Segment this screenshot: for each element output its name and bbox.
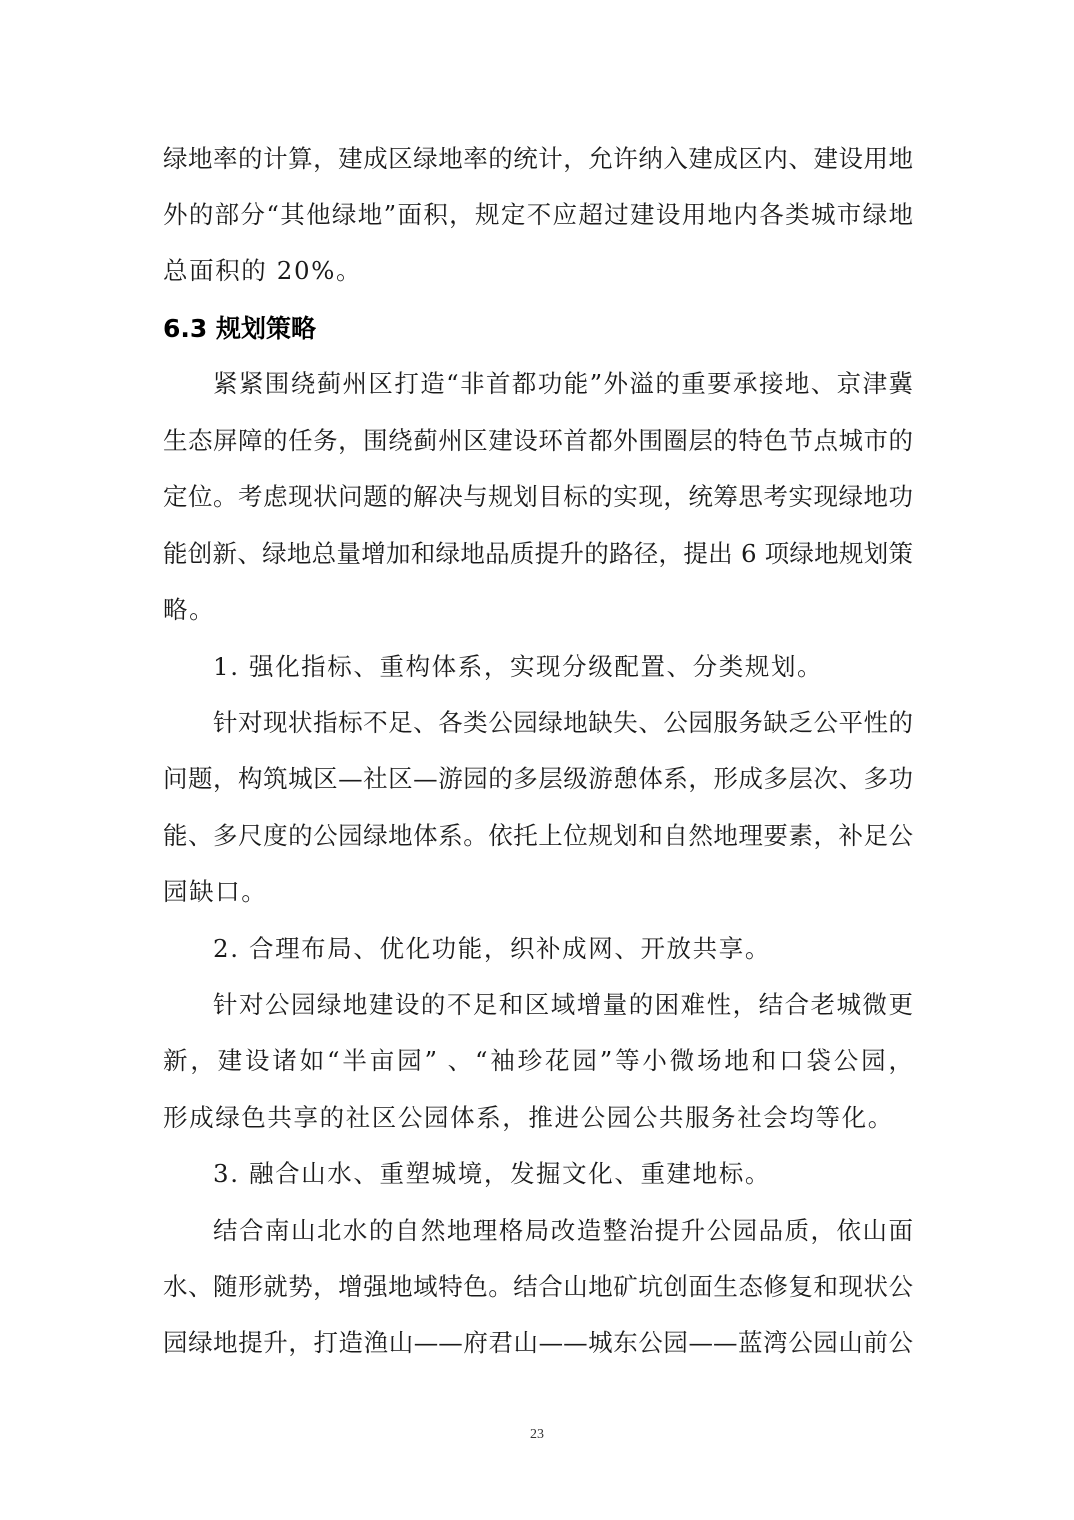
paragraph-line: 总面积的 20%。 [163, 255, 913, 287]
paragraph-line: 结合南山北水的自然地理格局改造整治提升公园品质，依山面 [213, 1215, 913, 1247]
paragraph-line: 形成绿色共享的社区公园体系，推进公园公共服务社会均等化。 [163, 1102, 913, 1134]
paragraph-line: 略。 [163, 594, 913, 626]
paragraph-line: 外的部分“其他绿地”面积，规定不应超过建设用地内各类城市绿地 [163, 199, 913, 231]
paragraph-line: 绿地率的计算，建成区绿地率的统计，允许纳入建成区内、建设用地 [163, 143, 913, 175]
paragraph-line: 紧紧围绕蓟州区打造“非首都功能”外溢的重要承接地、京津冀 [213, 368, 913, 400]
paragraph-line: 能、多尺度的公园绿地体系。依托上位规划和自然地理要素，补足公 [163, 820, 913, 852]
paragraph-line: 园绿地提升，打造渔山——府君山——城东公园——蓝湾公园山前公 [163, 1327, 913, 1359]
paragraph-line: 针对公园绿地建设的不足和区域增量的困难性，结合老城微更 [213, 989, 913, 1021]
page-number: 23 [0, 1427, 1074, 1443]
paragraph-line: 园缺口。 [163, 876, 913, 908]
paragraph-line: 能创新、绿地总量增加和绿地品质提升的路径，提出 6 项绿地规划策 [163, 538, 913, 570]
strategy-title: 2. 合理布局、优化功能，织补成网、开放共享。 [213, 933, 913, 965]
paragraph-line: 针对现状指标不足、各类公园绿地缺失、公园服务缺乏公平性的 [213, 707, 913, 739]
paragraph-line: 新，建设诸如“半亩园” 、“袖珍花园”等小微场地和口袋公园， [163, 1045, 913, 1077]
paragraph-line: 生态屏障的任务，围绕蓟州区建设环首都外围圈层的特色节点城市的 [163, 425, 913, 457]
strategy-title: 3. 融合山水、重塑城境，发掘文化、重建地标。 [213, 1158, 913, 1190]
paragraph-line: 定位。考虑现状问题的解决与规划目标的实现，统筹思考实现绿地功 [163, 481, 913, 513]
section-heading: 6.3 规划策略 [163, 313, 316, 345]
document-page: 绿地率的计算，建成区绿地率的统计，允许纳入建成区内、建设用地 外的部分“其他绿地… [0, 0, 1074, 1520]
paragraph-line: 问题，构筑城区—社区—游园的多层级游憩体系，形成多层次、多功 [163, 763, 913, 795]
paragraph-line: 水、随形就势，增强地域特色。结合山地矿坑创面生态修复和现状公 [163, 1271, 913, 1303]
strategy-title: 1. 强化指标、重构体系，实现分级配置、分类规划。 [213, 651, 913, 683]
